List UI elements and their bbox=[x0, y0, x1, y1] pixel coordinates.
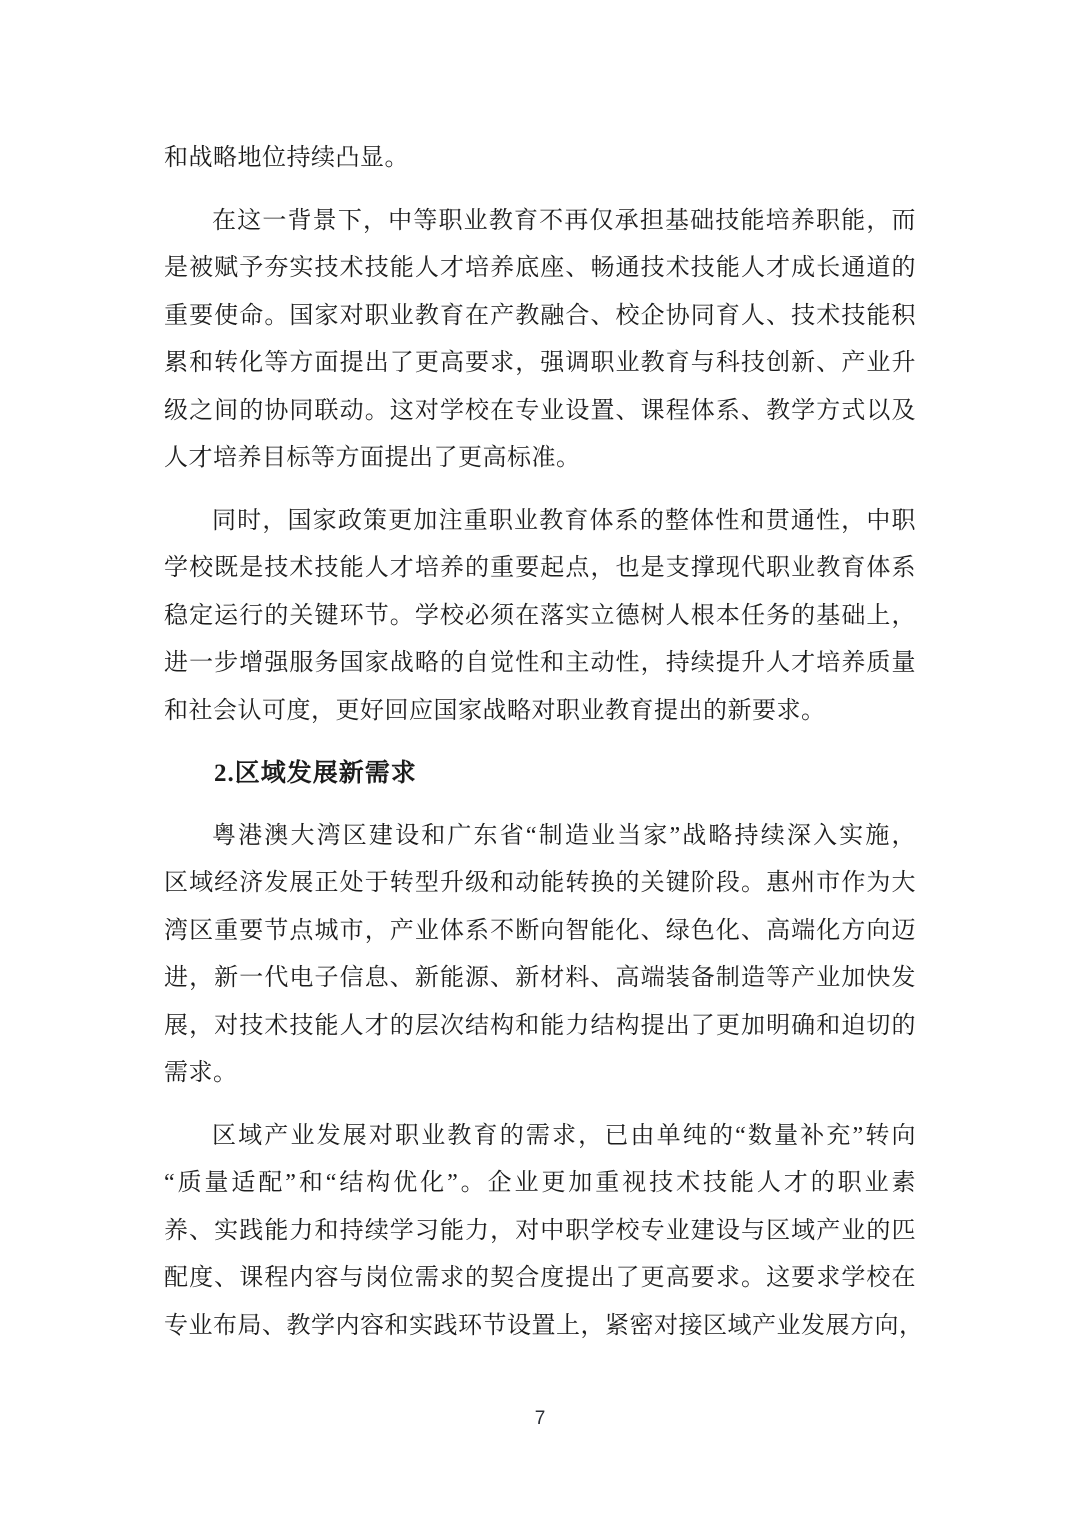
paragraph: 同时，国家政策更加注重职业教育体系的整体性和贯通性，中职学校既是技术技能人才培养… bbox=[164, 498, 916, 736]
text-line: 累和转化等方面提出了更高要求，强调职业教育与科技创新、产业升 bbox=[164, 340, 916, 388]
text-line: 湾区重要节点城市，产业体系不断向智能化、绿色化、高端化方向迈 bbox=[164, 908, 916, 956]
text-line: 在这一背景下，中等职业教育不再仅承担基础技能培养职能，而 bbox=[164, 198, 916, 246]
paragraph: 区域产业发展对职业教育的需求，已由单纯的“数量补充”转向“质量适配”和“结构优化… bbox=[164, 1113, 916, 1351]
paragraph: 在这一背景下，中等职业教育不再仅承担基础技能培养职能，而是被赋予夯实技术技能人才… bbox=[164, 198, 916, 483]
text-line: 进一步增强服务国家战略的自觉性和主动性，持续提升人才培养质量 bbox=[164, 640, 916, 688]
text-line: 人才培养目标等方面提出了更高标准。 bbox=[164, 435, 916, 483]
paragraph: 粤港澳大湾区建设和广东省“制造业当家”战略持续深入实施，区域经济发展正处于转型升… bbox=[164, 813, 916, 1098]
page-content: 和战略地位持续凸显。在这一背景下，中等职业教育不再仅承担基础技能培养职能，而是被… bbox=[164, 135, 916, 1350]
document-page: 和战略地位持续凸显。在这一背景下，中等职业教育不再仅承担基础技能培养职能，而是被… bbox=[0, 0, 1080, 1527]
text-line: 级之间的协同联动。这对学校在专业设置、课程体系、教学方式以及 bbox=[164, 388, 916, 436]
text-line: “质量适配”和“结构优化”。企业更加重视技术技能人才的职业素 bbox=[164, 1160, 916, 1208]
text-line: 稳定运行的关键环节。学校必须在落实立德树人根本任务的基础上， bbox=[164, 593, 916, 641]
page-number: 7 bbox=[535, 1408, 546, 1429]
section-heading: 2.区域发展新需求 bbox=[164, 750, 916, 798]
text-line: 学校既是技术技能人才培养的重要起点，也是支撑现代职业教育体系 bbox=[164, 545, 916, 593]
text-line: 区域经济发展正处于转型升级和动能转换的关键阶段。惠州市作为大 bbox=[164, 860, 916, 908]
paragraph: 和战略地位持续凸显。 bbox=[164, 135, 916, 183]
text-line: 粤港澳大湾区建设和广东省“制造业当家”战略持续深入实施， bbox=[164, 813, 916, 861]
text-line: 重要使命。国家对职业教育在产教融合、校企协同育人、技术技能积 bbox=[164, 293, 916, 341]
text-line: 配度、课程内容与岗位需求的契合度提出了更高要求。这要求学校在 bbox=[164, 1255, 916, 1303]
text-line: 专业布局、教学内容和实践环节设置上，紧密对接区域产业发展方向， bbox=[164, 1303, 916, 1351]
text-line: 同时，国家政策更加注重职业教育体系的整体性和贯通性，中职 bbox=[164, 498, 916, 546]
text-line: 展，对技术技能人才的层次结构和能力结构提出了更加明确和迫切的 bbox=[164, 1003, 916, 1051]
text-line: 区域产业发展对职业教育的需求，已由单纯的“数量补充”转向 bbox=[164, 1113, 916, 1161]
text-line: 是被赋予夯实技术技能人才培养底座、畅通技术技能人才成长通道的 bbox=[164, 245, 916, 293]
page-footer: 7 bbox=[0, 1408, 1080, 1430]
text-line: 和战略地位持续凸显。 bbox=[164, 135, 916, 183]
text-line: 和社会认可度，更好回应国家战略对职业教育提出的新要求。 bbox=[164, 688, 916, 736]
text-line: 养、实践能力和持续学习能力，对中职学校专业建设与区域产业的匹 bbox=[164, 1208, 916, 1256]
text-line: 进，新一代电子信息、新能源、新材料、高端装备制造等产业加快发 bbox=[164, 955, 916, 1003]
text-line: 需求。 bbox=[164, 1050, 916, 1098]
